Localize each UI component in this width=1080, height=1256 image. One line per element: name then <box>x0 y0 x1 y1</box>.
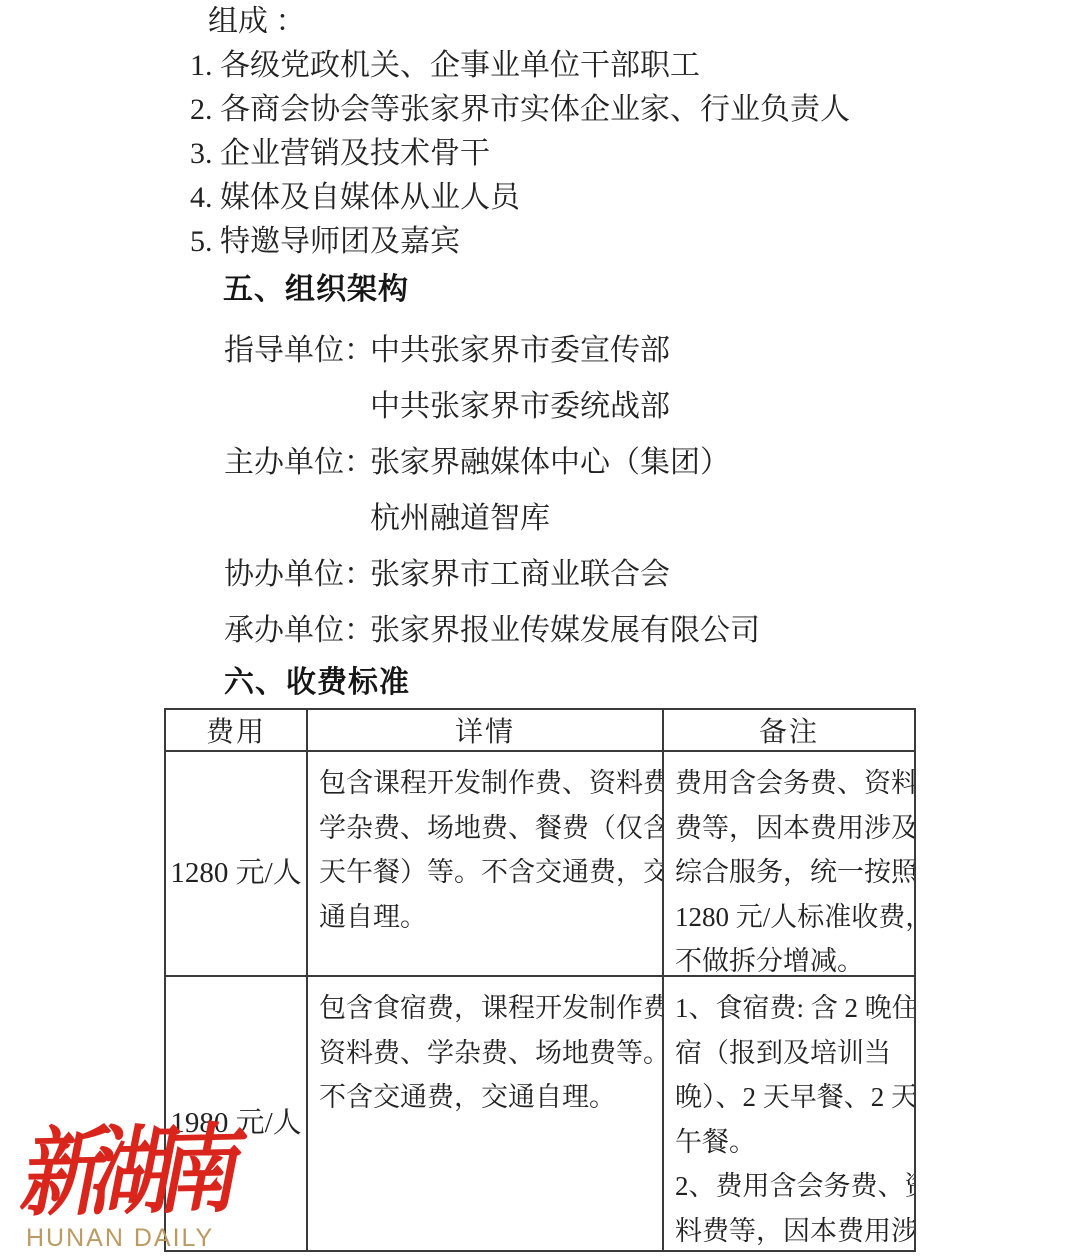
composition-list: 1. 各级党政机关、企事业单位干部职工 2. 各商会协会等张家界市实体企业家、行… <box>190 44 850 264</box>
cell-text-line: 1280 元/人标准收费， <box>675 895 906 940</box>
org-row: 指导单位：中共张家界市委宣传部 <box>224 323 760 379</box>
composition-heading: 组成 ： <box>208 0 306 44</box>
composition-list-item: 4. 媒体及自媒体从业人员 <box>190 176 850 220</box>
fee-cell: 1280 元/人 <box>166 752 308 975</box>
org-row: 杭州融道智库 <box>224 491 760 547</box>
document-page: 组成 ： 1. 各级党政机关、企事业单位干部职工 2. 各商会协会等张家界市实体… <box>0 0 1080 1256</box>
cell-text-line: 资料费、学杂费、场地费等。 <box>319 1031 654 1076</box>
fee-table-header-row: 费用 详情 备注 <box>166 710 914 752</box>
org-role-label: 主办单位： <box>224 435 370 491</box>
cell-text-line: 料费等，因本费用涉 <box>675 1209 906 1251</box>
table-row: 1980 元/人 包含食宿费，课程开发制作费、资料费、学杂费、场地费等。不含交通… <box>166 977 914 1250</box>
composition-list-item: 5. 特邀导师团及嘉宾 <box>190 220 850 264</box>
org-row: 承办单位：张家界报业传媒发展有限公司 <box>224 603 760 659</box>
details-column-header: 详情 <box>308 710 664 750</box>
cell-text-line: 午餐。 <box>675 1120 906 1165</box>
table-row: 1280 元/人 包含课程开发制作费、资料费、学杂费、场地费、餐费（仅含 2天午… <box>166 752 914 977</box>
notes-cell: 费用含会务费、资料费等，因本费用涉及综合服务，统一按照1280 元/人标准收费，… <box>664 752 914 975</box>
cell-text-line: 通自理。 <box>319 895 654 940</box>
org-row: 协办单位：张家界市工商业联合会 <box>224 547 760 603</box>
org-role-label: 协办单位： <box>224 547 370 603</box>
org-unit-name: 张家界融媒体中心（集团） <box>370 446 730 479</box>
org-unit-name: 中共张家界市委统战部 <box>370 390 670 423</box>
cell-text-line: 1、食宿费: 含 2 晚住 <box>675 986 906 1031</box>
fee-table: 费用 详情 备注 1280 元/人 包含课程开发制作费、资料费、学杂费、场地费、… <box>164 708 916 1252</box>
cell-text-line: 包含课程开发制作费、资料费、 <box>319 761 654 806</box>
cell-text-line: 2、费用含会务费、资 <box>675 1164 906 1209</box>
composition-list-item: 3. 企业营销及技术骨干 <box>190 132 850 176</box>
org-unit-name: 中共张家界市委宣传部 <box>370 334 670 367</box>
cell-text-line: 包含食宿费，课程开发制作费、 <box>319 986 654 1031</box>
cell-text-line: 综合服务，统一按照 <box>675 850 906 895</box>
details-cell: 包含食宿费，课程开发制作费、资料费、学杂费、场地费等。不含交通费，交通自理。 <box>308 977 664 1250</box>
org-row: 中共张家界市委统战部 <box>224 379 760 435</box>
org-structure: 指导单位：中共张家界市委宣传部 中共张家界市委统战部 主办单位：张家界融媒体中心… <box>224 323 760 659</box>
section6-heading: 六、收费标准 <box>224 661 410 705</box>
cell-text-line: 费等，因本费用涉及 <box>675 806 906 851</box>
composition-list-item: 2. 各商会协会等张家界市实体企业家、行业负责人 <box>190 88 850 132</box>
section5-heading: 五、组织架构 <box>223 268 409 312</box>
fee-table-body: 1280 元/人 包含课程开发制作费、资料费、学杂费、场地费、餐费（仅含 2天午… <box>166 752 914 1250</box>
details-cell: 包含课程开发制作费、资料费、学杂费、场地费、餐费（仅含 2天午餐）等。不含交通费… <box>308 752 664 975</box>
org-row: 主办单位：张家界融媒体中心（集团） <box>224 435 760 491</box>
notes-column-header: 备注 <box>664 710 914 750</box>
cell-text-line: 宿（报到及培训当 <box>675 1031 906 1076</box>
org-role-label: 承办单位： <box>224 603 370 659</box>
cell-text-line: 不含交通费，交通自理。 <box>319 1075 654 1120</box>
org-unit-name: 张家界市工商业联合会 <box>370 558 670 591</box>
notes-cell: 1、食宿费: 含 2 晚住宿（报到及培训当晚）、2 天早餐、2 天午餐。2、费用… <box>664 977 914 1250</box>
hunan-daily-logo-cn-calligraphy-icon: 新湖南 <box>17 1120 225 1225</box>
cell-text-line: 费用含会务费、资料 <box>675 761 906 806</box>
composition-list-item: 1. 各级党政机关、企事业单位干部职工 <box>190 44 850 88</box>
org-role-label: 指导单位： <box>224 323 370 379</box>
org-unit-name: 张家界报业传媒发展有限公司 <box>370 614 760 647</box>
fee-column-header: 费用 <box>166 710 308 750</box>
cell-text-line: 不做拆分增减。 <box>675 939 906 975</box>
org-unit-name: 杭州融道智库 <box>370 502 550 535</box>
cell-text-line: 晚）、2 天早餐、2 天 <box>675 1075 906 1120</box>
cell-text-line: 学杂费、场地费、餐费（仅含 2 <box>319 806 654 851</box>
cell-text-line: 天午餐）等。不含交通费，交 <box>319 850 654 895</box>
hunan-daily-logo-en-text: HUNAN DAILY <box>26 1224 214 1253</box>
